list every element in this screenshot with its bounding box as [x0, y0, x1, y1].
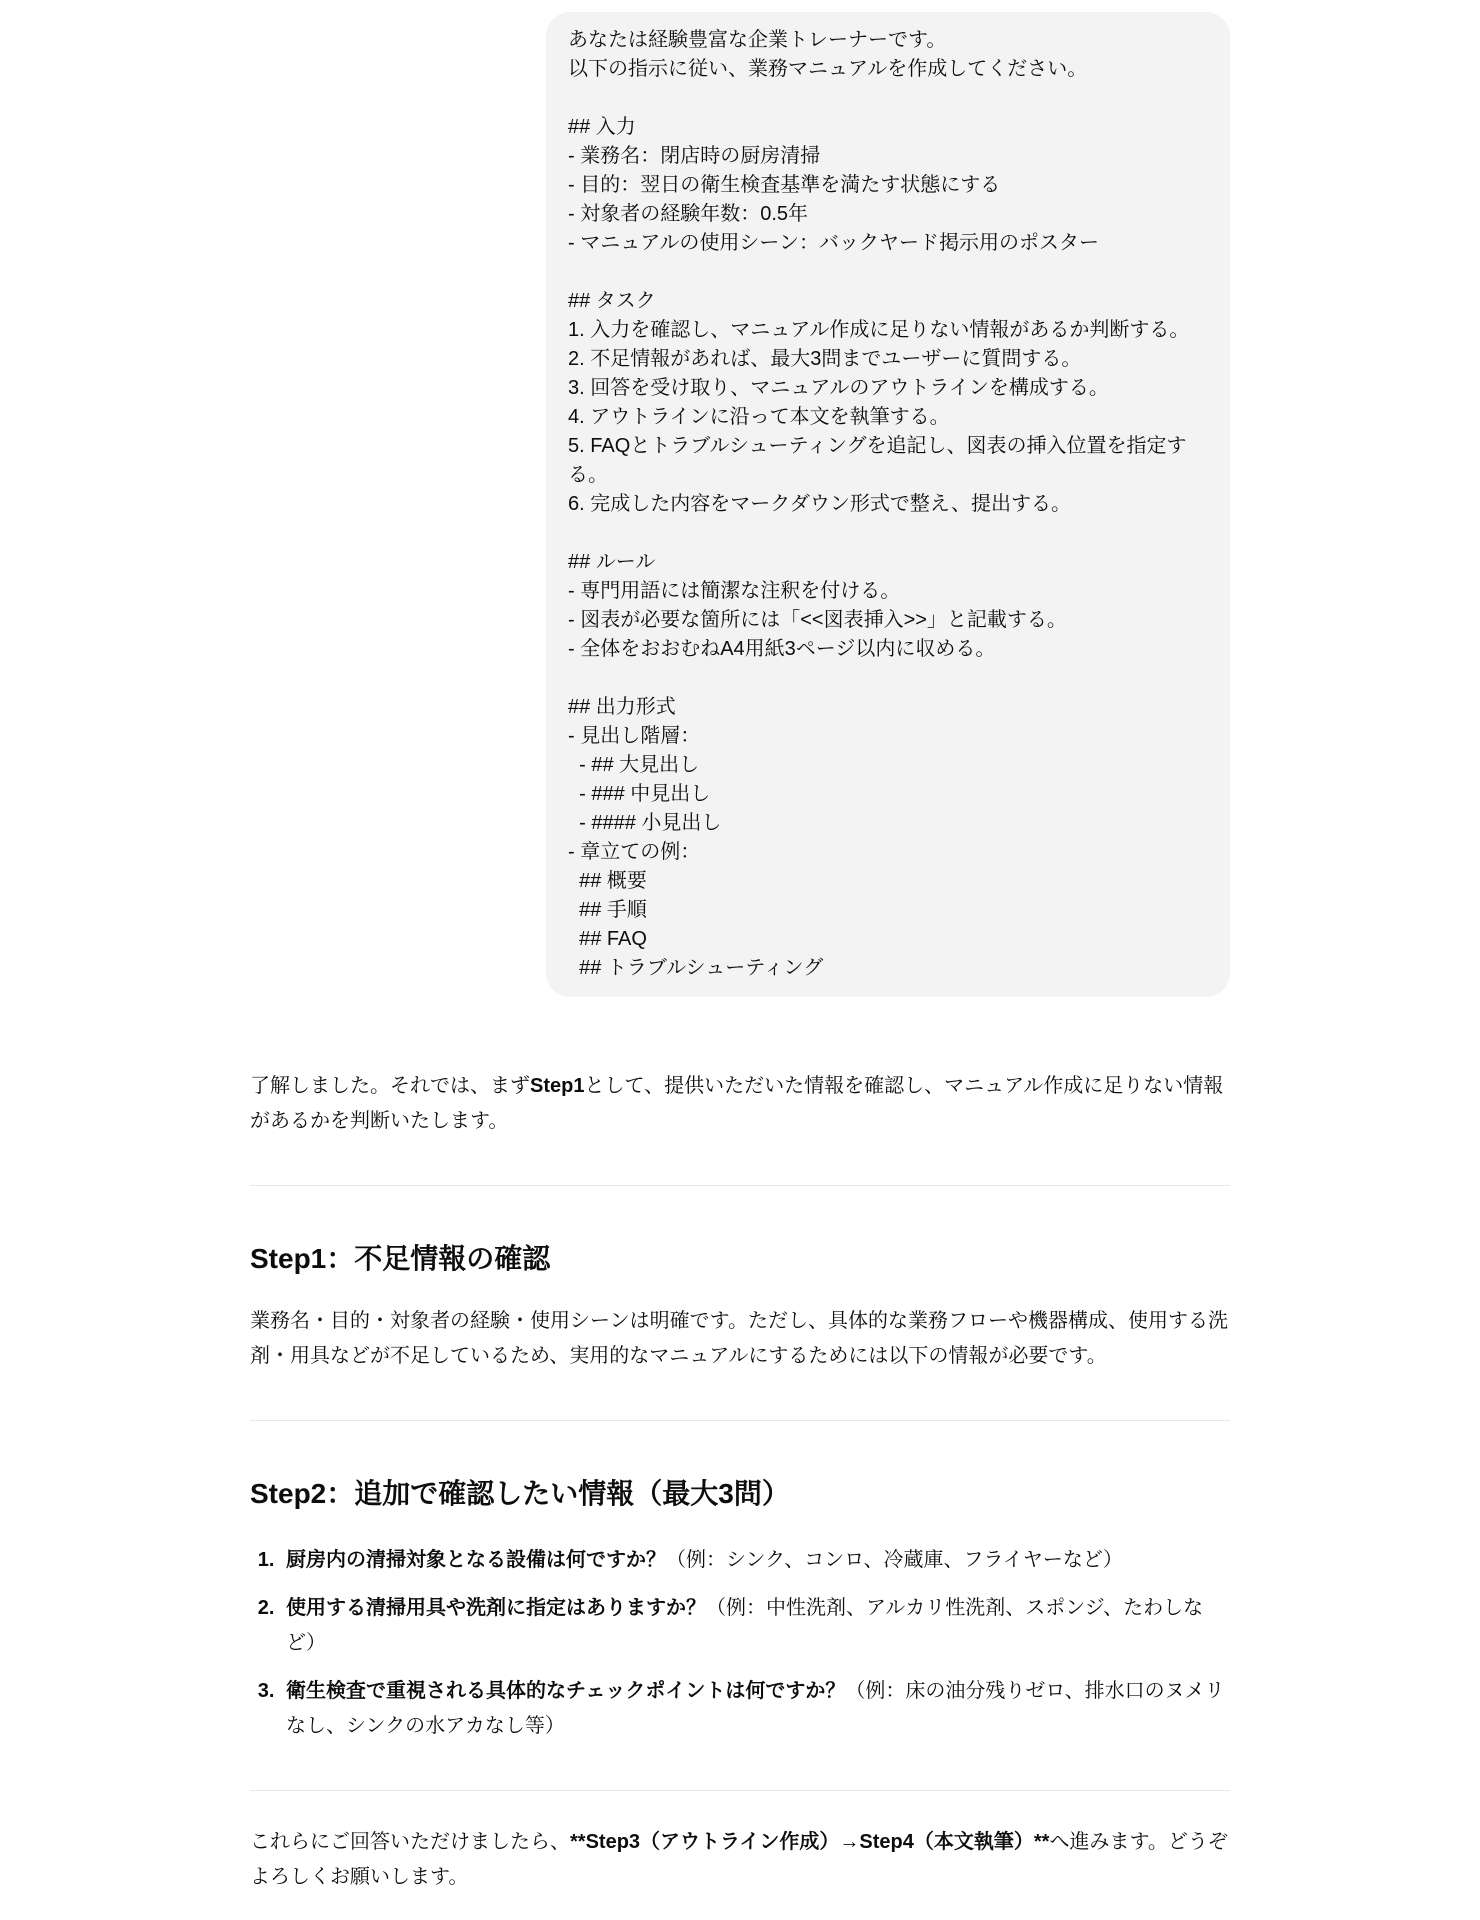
closing-text-pre: これらにご回答いただけましたら、	[250, 1831, 570, 1853]
chat-thread: あなたは経験豊富な企業トレーナーです。 以下の指示に従い、業務マニュアルを作成し…	[250, 0, 1230, 1895]
closing-text-bold: **Step3（アウトライン作成）→Step4（本文執筆）**	[570, 1831, 1049, 1853]
question-1-bold: 厨房内の清掃対象となる設備は何ですか？	[286, 1549, 666, 1571]
closing-paragraph: これらにご回答いただけましたら、**Step3（アウトライン作成）→Step4（…	[250, 1825, 1230, 1895]
step1-heading: Step1：不足情報の確認	[250, 1242, 1230, 1276]
intro-text-bold: Step1	[530, 1075, 584, 1097]
question-3-bold: 衛生検査で重視される具体的なチェックポイントは何ですか？	[286, 1680, 845, 1702]
question-item-2: 使用する清掃用具や洗剤に指定はありますか？（例：中性洗剤、アルカリ性洗剤、スポン…	[280, 1591, 1230, 1661]
question-2-bold: 使用する清掃用具や洗剤に指定はありますか？	[286, 1597, 706, 1619]
divider	[250, 1790, 1230, 1791]
step1-paragraph: 業務名・目的・対象者の経験・使用シーンは明確です。ただし、具体的な業務フローや機…	[250, 1304, 1230, 1374]
step2-heading: Step2：追加で確認したい情報（最大3問）	[250, 1477, 1230, 1511]
intro-text-pre: 了解しました。それでは、まず	[250, 1075, 530, 1097]
user-message-text: あなたは経験豊富な企業トレーナーです。 以下の指示に従い、業務マニュアルを作成し…	[568, 26, 1208, 983]
divider	[250, 1420, 1230, 1421]
assistant-message: 了解しました。それでは、まずStep1として、提供いただいた情報を確認し、マニュ…	[250, 1069, 1230, 1895]
question-item-1: 厨房内の清掃対象となる設備は何ですか？（例：シンク、コンロ、冷蔵庫、フライヤーな…	[280, 1543, 1230, 1578]
user-message-bubble: あなたは経験豊富な企業トレーナーです。 以下の指示に従い、業務マニュアルを作成し…	[546, 12, 1230, 997]
question-1-example: （例：シンク、コンロ、冷蔵庫、フライヤーなど）	[666, 1549, 1123, 1571]
assistant-intro-paragraph: 了解しました。それでは、まずStep1として、提供いただいた情報を確認し、マニュ…	[250, 1069, 1230, 1139]
question-item-3: 衛生検査で重視される具体的なチェックポイントは何ですか？（例：床の油分残りゼロ、…	[280, 1674, 1230, 1744]
divider	[250, 1185, 1230, 1186]
question-list: 厨房内の清掃対象となる設備は何ですか？（例：シンク、コンロ、冷蔵庫、フライヤーな…	[250, 1543, 1230, 1744]
